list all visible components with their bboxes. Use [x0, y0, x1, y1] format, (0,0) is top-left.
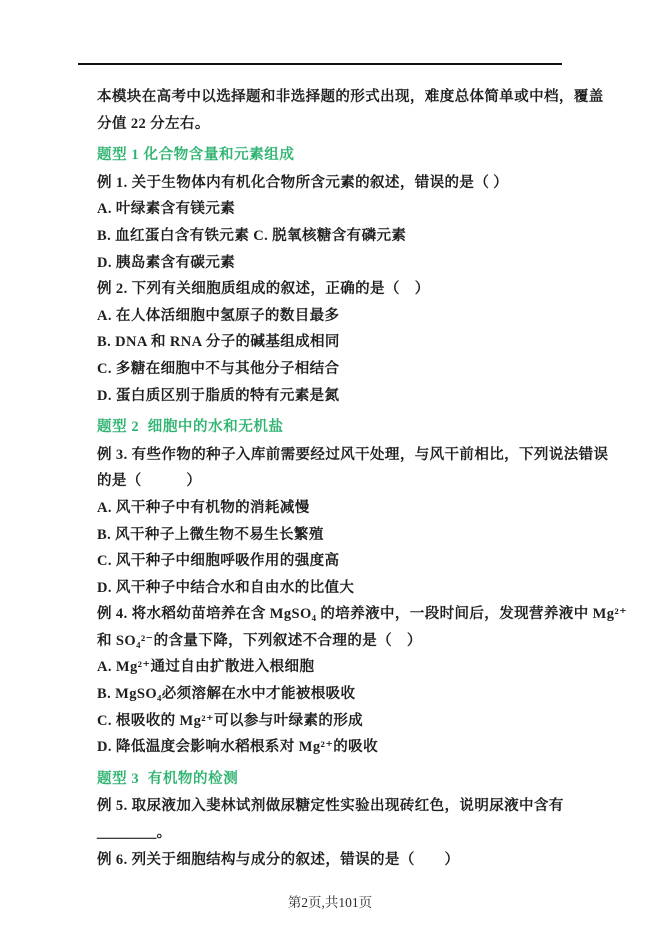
text-line: C. 根吸收的 Mg²⁺可以参与叶绿素的形成 — [97, 708, 577, 735]
section-heading: 题型 3 有机物的检测 — [97, 766, 577, 793]
text-line: 例 6. 列关于细胞结构与成分的叙述，错误的是（ ） — [97, 847, 577, 874]
text-line: A. 在人体活细胞中氢原子的数目最多 — [97, 303, 577, 330]
text-line: 例 2. 下列有关细胞质组成的叙述，正确的是（ ） — [97, 276, 577, 303]
text-line: D. 蛋白质区别于脂质的特有元素是氮 — [97, 383, 577, 410]
section-heading: 题型 1 化合物含量和元素组成 — [97, 142, 577, 169]
text-line: D. 风干种子中结合水和自由水的比值大 — [97, 575, 577, 602]
text-line: D. 胰岛素含有碳元素 — [97, 250, 577, 277]
text-line: 例 3. 有些作物的种子入库前需要经过风干处理，与风干前相比，下列说法错误 — [97, 442, 577, 469]
text-line: 例 1. 关于生物体内有机化合物所含元素的叙述，错误的是（ ） — [97, 170, 577, 197]
text-line: A. 叶绿素含有镁元素 — [97, 196, 577, 223]
text-line: 例 4. 将水稻幼苗培养在含 MgSO₄ 的培养液中，一段时间后，发现营养液中 … — [97, 601, 577, 628]
text-line: 和 SO₄²⁻的含量下降，下列叙述不合理的是（ ） — [97, 628, 577, 655]
text-line: A. 风干种子中有机物的消耗减慢 — [97, 495, 577, 522]
text-line: B. DNA 和 RNA 分子的碱基组成相同 — [97, 329, 577, 356]
text-line: 的是（ ） — [97, 468, 577, 495]
text-line: B. 风干种子上微生物不易生长繁殖 — [97, 522, 577, 549]
document-page: 本模块在高考中以选择题和非选择题的形式出现，难度总体简单或中档，覆盖分值 22 … — [0, 0, 660, 933]
page-number-footer: 第2页,共101页 — [0, 891, 660, 911]
text-line: A. Mg²⁺通过自由扩散进入根细胞 — [97, 654, 577, 681]
text-line: 分值 22 分左右。 — [97, 111, 577, 138]
header-divider-line — [78, 63, 562, 65]
text-line: ＿＿＿＿。 — [97, 820, 577, 847]
section-heading: 题型 2 细胞中的水和无机盐 — [97, 414, 577, 441]
text-line: C. 风干种子中细胞呼吸作用的强度高 — [97, 548, 577, 575]
text-line: C. 多糖在细胞中不与其他分子相结合 — [97, 356, 577, 383]
text-line: B. MgSO₄必须溶解在水中才能被根吸收 — [97, 681, 577, 708]
text-line: B. 血红蛋白含有铁元素 C. 脱氧核糖含有磷元素 — [97, 223, 577, 250]
text-line: D. 降低温度会影响水稻根系对 Mg²⁺的吸收 — [97, 734, 577, 761]
text-line: 例 5. 取尿液加入斐林试剂做尿糖定性实验出现砖红色，说明尿液中含有 — [97, 793, 577, 820]
text-line: 本模块在高考中以选择题和非选择题的形式出现，难度总体简单或中档，覆盖 — [97, 84, 577, 111]
document-body: 本模块在高考中以选择题和非选择题的形式出现，难度总体简单或中档，覆盖分值 22 … — [97, 84, 577, 873]
